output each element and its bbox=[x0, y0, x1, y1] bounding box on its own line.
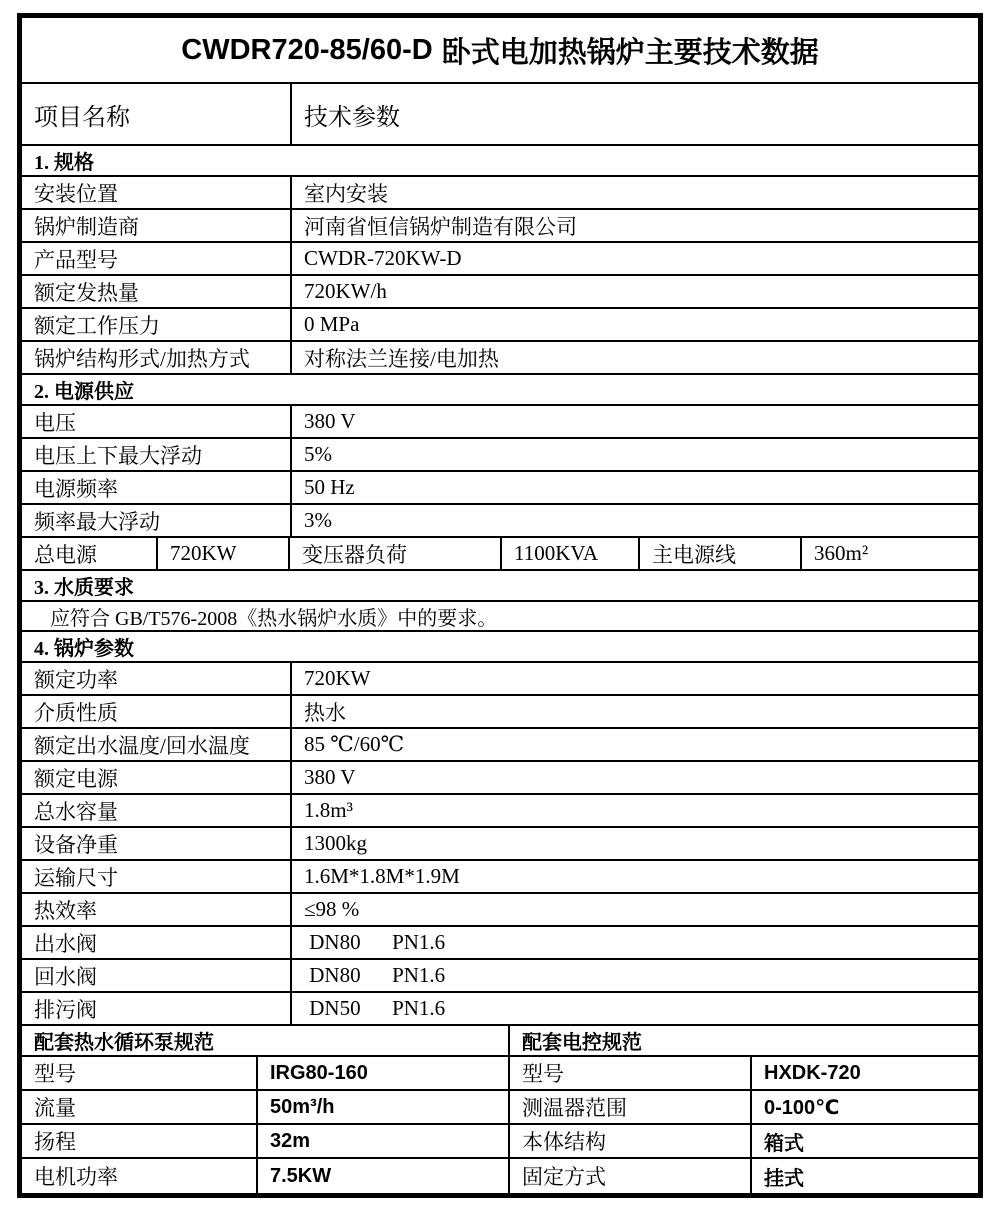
table-row: 电源频率 50 Hz bbox=[22, 472, 978, 505]
table-row: 额定工作压力 0 MPa bbox=[22, 309, 978, 342]
power-total-row: 总电源 720KW 变压器负荷 1100KVA 主电源线 360m² bbox=[22, 538, 978, 571]
row-value: ≤98 % bbox=[292, 894, 978, 925]
row-label: 设备净重 bbox=[22, 828, 292, 859]
row-value: 720KW bbox=[292, 663, 978, 694]
main-power-line-label: 主电源线 bbox=[640, 538, 802, 569]
table-row: 排污阀 DN50 PN1.6 bbox=[22, 993, 978, 1026]
table-row: 运输尺寸 1.6M*1.8M*1.9M bbox=[22, 861, 978, 894]
control-row-value: 挂式 bbox=[752, 1159, 978, 1193]
control-row-label: 测温器范围 bbox=[510, 1091, 752, 1123]
table-row: 流量 50m³/h 测温器范围 0-100℃ bbox=[22, 1091, 978, 1125]
table-row: 额定发热量 720KW/h bbox=[22, 276, 978, 309]
row-value: CWDR-720KW-D bbox=[292, 243, 978, 274]
row-value: 50 Hz bbox=[292, 472, 978, 503]
transformer-load-value: 1100KVA bbox=[502, 538, 640, 569]
pump-row-value: 50m³/h bbox=[258, 1091, 510, 1123]
main-power-line-value: 360m² bbox=[802, 538, 978, 569]
control-row-value: HXDK-720 bbox=[752, 1057, 978, 1089]
table-row: 电压上下最大浮动 5% bbox=[22, 439, 978, 472]
section-heading-power: 2. 电源供应 bbox=[22, 375, 978, 406]
row-label: 回水阀 bbox=[22, 960, 292, 991]
spec-table: CWDR720-85/60-D 卧式电加热锅炉主要技术数据 项目名称 技术参数 … bbox=[17, 13, 983, 1198]
control-spec-heading: 配套电控规范 bbox=[510, 1026, 978, 1055]
pump-row-value: 7.5KW bbox=[258, 1159, 510, 1193]
title-row: CWDR720-85/60-D 卧式电加热锅炉主要技术数据 bbox=[22, 18, 978, 84]
row-label: 热效率 bbox=[22, 894, 292, 925]
page-title-model: CWDR720-85/60-D bbox=[181, 34, 432, 67]
row-value: DN80 PN1.6 bbox=[292, 927, 978, 958]
table-row: 回水阀 DN80 PN1.6 bbox=[22, 960, 978, 993]
column-header-param: 技术参数 bbox=[292, 84, 978, 144]
control-row-value: 箱式 bbox=[752, 1125, 978, 1157]
row-label: 额定出水温度/回水温度 bbox=[22, 729, 292, 760]
row-value: 380 V bbox=[292, 406, 978, 437]
control-row-value: 0-100℃ bbox=[752, 1091, 978, 1123]
page-title-text: 卧式电加热锅炉主要技术数据 bbox=[442, 30, 819, 71]
table-row: 锅炉制造商 河南省恒信锅炉制造有限公司 bbox=[22, 210, 978, 243]
row-label: 频率最大浮动 bbox=[22, 505, 292, 536]
row-label: 锅炉结构形式/加热方式 bbox=[22, 342, 292, 373]
row-value: 0 MPa bbox=[292, 309, 978, 340]
row-value: 3% bbox=[292, 505, 978, 536]
table-row: 扬程 32m 本体结构 箱式 bbox=[22, 1125, 978, 1159]
pump-spec-heading: 配套热水循环泵规范 bbox=[22, 1026, 510, 1055]
table-row: 额定出水温度/回水温度 85 ℃/60℃ bbox=[22, 729, 978, 762]
pump-row-value: IRG80-160 bbox=[258, 1057, 510, 1089]
row-value: 1.6M*1.8M*1.9M bbox=[292, 861, 978, 892]
section-heading-label: 4. 锅炉参数 bbox=[22, 632, 978, 661]
pump-row-label: 扬程 bbox=[22, 1125, 258, 1157]
table-row: 产品型号 CWDR-720KW-D bbox=[22, 243, 978, 276]
page: CWDR720-85/60-D 卧式电加热锅炉主要技术数据 项目名称 技术参数 … bbox=[0, 0, 1000, 1215]
section-heading-label: 2. 电源供应 bbox=[22, 375, 978, 404]
total-power-label: 总电源 bbox=[22, 538, 158, 569]
table-row: 额定电源 380 V bbox=[22, 762, 978, 795]
row-label: 出水阀 bbox=[22, 927, 292, 958]
row-value: 1300kg bbox=[292, 828, 978, 859]
row-value: 5% bbox=[292, 439, 978, 470]
section-heading-spec: 1. 规格 bbox=[22, 146, 978, 177]
pump-row-label: 电机功率 bbox=[22, 1159, 258, 1193]
table-row: 频率最大浮动 3% bbox=[22, 505, 978, 538]
row-label: 介质性质 bbox=[22, 696, 292, 727]
transformer-load-label: 变压器负荷 bbox=[290, 538, 502, 569]
row-label: 产品型号 bbox=[22, 243, 292, 274]
row-label: 锅炉制造商 bbox=[22, 210, 292, 241]
pump-row-label: 流量 bbox=[22, 1091, 258, 1123]
row-value: 85 ℃/60℃ bbox=[292, 729, 978, 760]
column-header-item: 项目名称 bbox=[22, 84, 292, 144]
control-row-label: 型号 bbox=[510, 1057, 752, 1089]
water-quality-note-row: 应符合 GB/T576-2008《热水锅炉水质》中的要求。 bbox=[22, 602, 978, 632]
row-label: 额定工作压力 bbox=[22, 309, 292, 340]
water-quality-note: 应符合 GB/T576-2008《热水锅炉水质》中的要求。 bbox=[22, 602, 978, 630]
accessory-headings-row: 配套热水循环泵规范 配套电控规范 bbox=[22, 1026, 978, 1057]
table-row: 设备净重 1300kg bbox=[22, 828, 978, 861]
row-label: 运输尺寸 bbox=[22, 861, 292, 892]
control-row-label: 固定方式 bbox=[510, 1159, 752, 1193]
row-value: 河南省恒信锅炉制造有限公司 bbox=[292, 210, 978, 241]
row-label: 额定功率 bbox=[22, 663, 292, 694]
row-label: 电压上下最大浮动 bbox=[22, 439, 292, 470]
table-row: 出水阀 DN80 PN1.6 bbox=[22, 927, 978, 960]
row-label: 电压 bbox=[22, 406, 292, 437]
row-value: DN50 PN1.6 bbox=[292, 993, 978, 1024]
table-row: 总水容量 1.8m³ bbox=[22, 795, 978, 828]
table-row: 额定功率 720KW bbox=[22, 663, 978, 696]
row-label: 安装位置 bbox=[22, 177, 292, 208]
row-label: 额定发热量 bbox=[22, 276, 292, 307]
pump-row-label: 型号 bbox=[22, 1057, 258, 1089]
table-row: 锅炉结构形式/加热方式 对称法兰连接/电加热 bbox=[22, 342, 978, 375]
row-value: 室内安装 bbox=[292, 177, 978, 208]
row-label: 额定电源 bbox=[22, 762, 292, 793]
row-label: 电源频率 bbox=[22, 472, 292, 503]
control-row-label: 本体结构 bbox=[510, 1125, 752, 1157]
table-row: 热效率 ≤98 % bbox=[22, 894, 978, 927]
row-value: 720KW/h bbox=[292, 276, 978, 307]
row-value: 380 V bbox=[292, 762, 978, 793]
total-power-value: 720KW bbox=[158, 538, 290, 569]
section-heading-boiler: 4. 锅炉参数 bbox=[22, 632, 978, 663]
section-heading-label: 1. 规格 bbox=[22, 146, 978, 175]
row-value: 对称法兰连接/电加热 bbox=[292, 342, 978, 373]
row-value: 热水 bbox=[292, 696, 978, 727]
table-row: 型号 IRG80-160 型号 HXDK-720 bbox=[22, 1057, 978, 1091]
pump-row-value: 32m bbox=[258, 1125, 510, 1157]
row-value: DN80 PN1.6 bbox=[292, 960, 978, 991]
column-header-row: 项目名称 技术参数 bbox=[22, 84, 978, 146]
section-heading-label: 3. 水质要求 bbox=[22, 571, 978, 600]
row-label: 排污阀 bbox=[22, 993, 292, 1024]
row-value: 1.8m³ bbox=[292, 795, 978, 826]
section-heading-water: 3. 水质要求 bbox=[22, 571, 978, 602]
table-row: 介质性质 热水 bbox=[22, 696, 978, 729]
table-row: 安装位置 室内安装 bbox=[22, 177, 978, 210]
row-label: 总水容量 bbox=[22, 795, 292, 826]
table-row: 电压 380 V bbox=[22, 406, 978, 439]
table-row: 电机功率 7.5KW 固定方式 挂式 bbox=[22, 1159, 978, 1193]
